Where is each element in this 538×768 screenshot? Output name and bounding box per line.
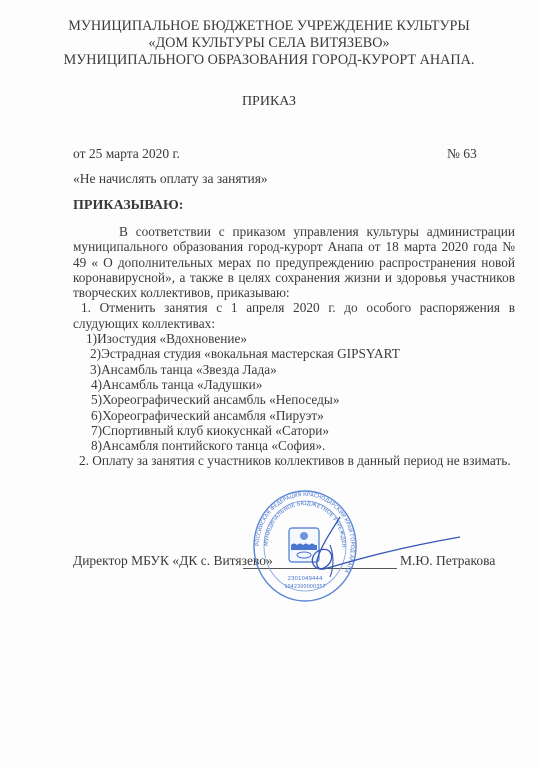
collective-item: 4)Ансамбль танца «Ладушки»: [73, 377, 515, 392]
order-item-2: 2. Оплату за занятия с участников коллек…: [73, 453, 515, 468]
document-date: от 25 марта 2020 г.: [73, 146, 180, 162]
collective-item: 5)Хореографический ансамбль «Непоседы»: [73, 392, 515, 407]
header-line-3: МУНИЦИПАЛЬНОГО ОБРАЗОВАНИЯ ГОРОД-КУРОРТ …: [0, 52, 538, 69]
document-body: В соответствии с приказом управления кул…: [73, 224, 515, 469]
handwritten-signature-icon: [300, 515, 465, 585]
header-line-2: «ДОМ КУЛЬТУРЫ СЕЛА ВИТЯЗЕВО»: [0, 35, 538, 52]
order-heading: ПРИКАЗЫВАЮ:: [73, 198, 183, 214]
document-subject: «Не начислять оплату за занятия»: [73, 171, 268, 187]
collective-item: 7)Спортивный клуб киокуснкай «Сатори»: [73, 423, 515, 438]
collectives-list: 1)Изостудия «Вдохновение» 2)Эстрадная ст…: [73, 331, 515, 453]
institution-header: МУНИЦИПАЛЬНОЕ БЮДЖЕТНОЕ УЧРЕЖДЕНИЕ КУЛЬТ…: [0, 18, 538, 69]
preamble-paragraph: В соответствии с приказом управления кул…: [73, 224, 515, 300]
document-number: № 63: [447, 146, 477, 162]
header-line-1: МУНИЦИПАЛЬНОЕ БЮДЖЕТНОЕ УЧРЕЖДЕНИЕ КУЛЬТ…: [0, 18, 538, 35]
collective-item: 8)Ансамбля понтийского танца «София».: [73, 438, 515, 453]
collective-item: 6)Хореографический ансамбля «Пируэт»: [73, 408, 515, 423]
collective-item: 1)Изостудия «Вдохновение»: [73, 331, 515, 346]
signatory-role: Директор МБУК «ДК с. Витязево»: [73, 553, 273, 569]
order-item-1: 1. Отменить занятия с 1 апреля 2020 г. д…: [73, 300, 515, 331]
document-title: ПРИКАЗ: [0, 94, 538, 110]
collective-item: 3)Ансамбль танца «Звезда Лада»: [73, 362, 515, 377]
collective-item: 2)Эстрадная студия «вокальная мастерская…: [73, 346, 515, 361]
